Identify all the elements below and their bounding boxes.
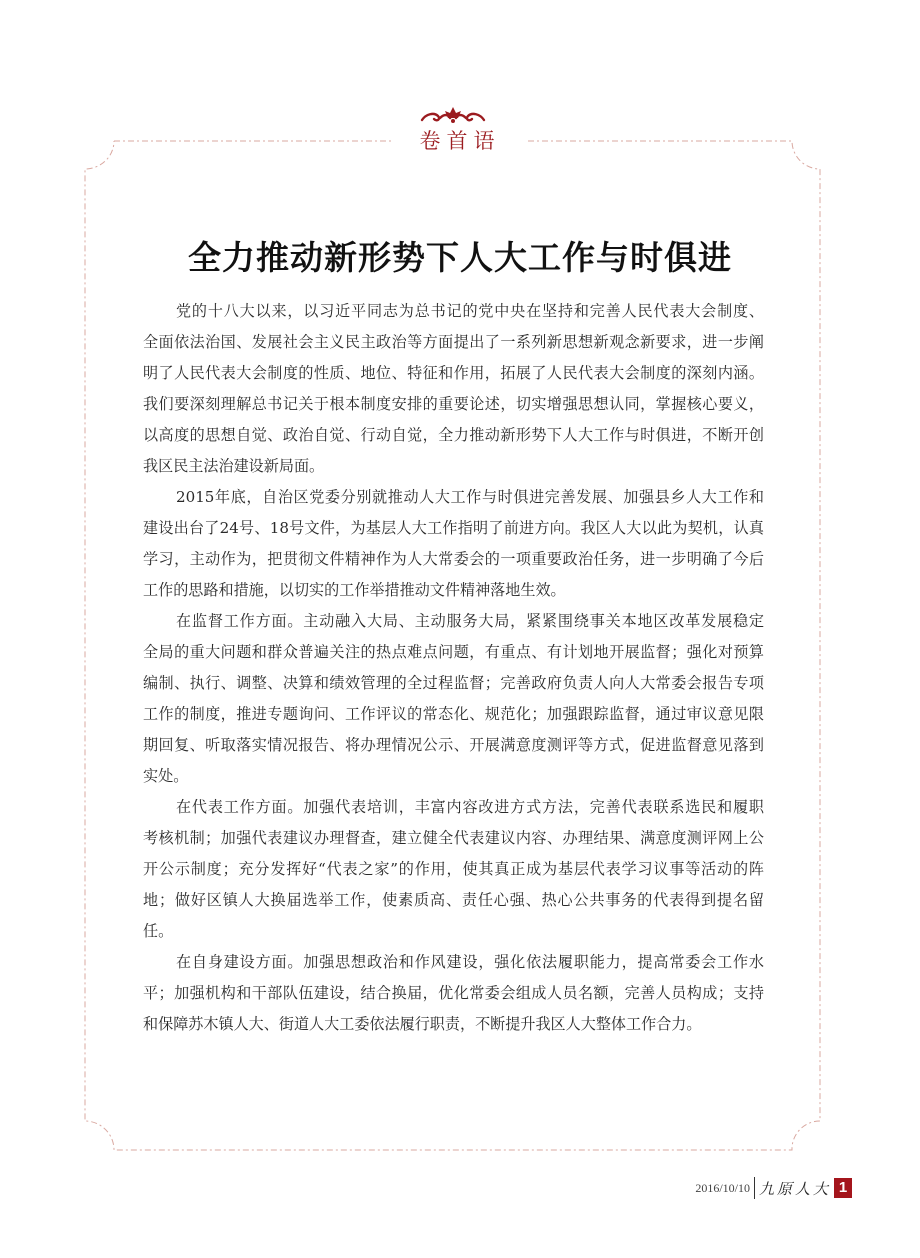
text-line: 党的十八大以来，以习近平同志为总书记的党中央在坚持和完善人民代表大会制度、	[143, 296, 764, 327]
text-line: 开公示制度；充分发挥好“代表之家”的作用，使其真正成为基层代表学习议事等活动的阵	[143, 854, 764, 885]
text-line: 我们要深刻理解总书记关于根本制度安排的重要论述，切实增强思想认同，掌握核心要义，	[143, 389, 764, 420]
text-line: 我区民主法治建设新局面。	[143, 451, 764, 482]
text-line: 在代表工作方面。加强代表培训，丰富内容改进方式方法，完善代表联系选民和履职	[143, 792, 764, 823]
footer-divider	[754, 1177, 755, 1199]
paragraph-4: 在代表工作方面。加强代表培训，丰富内容改进方式方法，完善代表联系选民和履职 考核…	[143, 792, 764, 947]
section-label: 卷首语	[400, 128, 520, 154]
text-line: 工作的制度，推进专题询问、工作评议的常态化、规范化；加强跟踪监督，通过审议意见限	[143, 699, 764, 730]
text-line: 在自身建设方面。加强思想政治和作风建设，强化依法履职能力，提高常委会工作水	[143, 947, 764, 978]
text-line: 以高度的思想自觉、政治自觉、行动自觉，全力推动新形势下人大工作与时俱进，不断开创	[143, 420, 764, 451]
paragraph-1: 党的十八大以来，以习近平同志为总书记的党中央在坚持和完善人民代表大会制度、 全面…	[143, 296, 764, 482]
article-body: 党的十八大以来，以习近平同志为总书记的党中央在坚持和完善人民代表大会制度、 全面…	[143, 296, 764, 1040]
article-title: 全力推动新形势下人大工作与时俱进	[150, 236, 770, 280]
text-line: 全局的重大问题和群众普遍关注的热点难点问题，有重点、有计划地开展监督；强化对预算	[143, 637, 764, 668]
text-line: 全面依法治国、发展社会主义民主政治等方面提出了一系列新思想新观念新要求，进一步阐	[143, 327, 764, 358]
text-line: 考核机制；加强代表建议办理督查，建立健全代表建议内容、办理结果、满意度测评网上公	[143, 823, 764, 854]
magazine-name: 九原人大	[759, 1178, 831, 1199]
text-line: 工作的思路和措施，以切实的工作举措推动文件精神落地生效。	[143, 575, 764, 606]
text-line: 在监督工作方面。主动融入大局、主动服务大局，紧紧围绕事关本地区改革发展稳定	[143, 606, 764, 637]
text-line: 地；做好区镇人大换届选举工作，使素质高、责任心强、热心公共事务的代表得到提名留	[143, 885, 764, 916]
text-line: 期回复、听取落实情况报告、将办理情况公示、开展满意度测评等方式，促进监督意见落到	[143, 730, 764, 761]
text-line: 建设出台了24号、18号文件，为基层人大工作指明了前进方向。我区人大以此为契机，…	[143, 513, 764, 544]
issue-date: 2016/10/10	[695, 1181, 754, 1196]
text-line: 平；加强机构和干部队伍建设，结合换届，优化常委会组成人员名额，完善人员构成；支持	[143, 978, 764, 1009]
paragraph-3: 在监督工作方面。主动融入大局、主动服务大局，紧紧围绕事关本地区改革发展稳定 全局…	[143, 606, 764, 792]
paragraph-5: 在自身建设方面。加强思想政治和作风建设，强化依法履职能力，提高常委会工作水 平；…	[143, 947, 764, 1040]
page-number-badge: 1	[834, 1178, 852, 1198]
text-line: 2015年底，自治区党委分别就推动人大工作与时俱进完善发展、加强县乡人大工作和	[143, 482, 764, 513]
text-line: 明了人民代表大会制度的性质、地位、特征和作用，拓展了人民代表大会制度的深刻内涵。	[143, 358, 764, 389]
paragraph-2: 2015年底，自治区党委分别就推动人大工作与时俱进完善发展、加强县乡人大工作和 …	[143, 482, 764, 606]
text-line: 编制、执行、调整、决算和绩效管理的全过程监督；完善政府负责人向人大常委会报告专项	[143, 668, 764, 699]
scroll-ornament-icon	[418, 104, 488, 126]
text-line: 任。	[143, 916, 764, 947]
text-line: 实处。	[143, 761, 764, 792]
text-line: 学习，主动作为，把贯彻文件精神作为人大常委会的一项重要政治任务，进一步明确了今后	[143, 544, 764, 575]
text-line: 和保障苏木镇人大、街道人大工委依法履行职责，不断提升我区人大整体工作合力。	[143, 1009, 764, 1040]
page-footer: 2016/10/10 九原人大 1	[695, 1176, 852, 1200]
